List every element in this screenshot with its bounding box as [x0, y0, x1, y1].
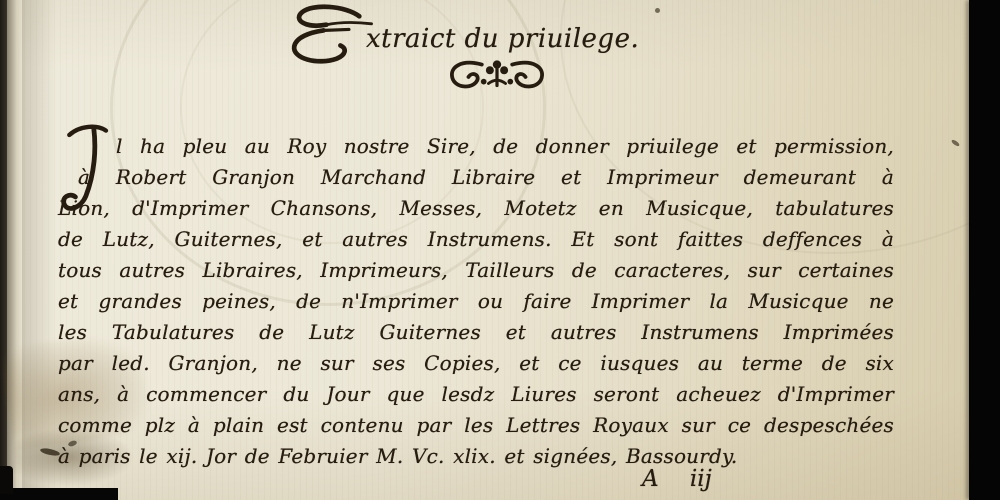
text-line: de Lutz, Guiternes, et autres Instrumens…	[58, 224, 894, 255]
quire-signature-mark: A iij	[642, 466, 712, 492]
bottom-left-scan-mark	[0, 466, 13, 494]
text-line: par led. Granjon, ne sur ses Copies, et …	[58, 348, 894, 379]
paper-speck	[951, 139, 961, 147]
text-line: tous autres Libraires, Imprimeurs, Taill…	[58, 255, 894, 286]
drop-cap-i: I	[56, 121, 114, 217]
text-line: Lion, d'Imprimer Chansons, Messes, Motet…	[58, 193, 894, 224]
right-scan-edge	[969, 0, 1000, 500]
bottom-scan-edge	[0, 488, 118, 500]
text-line: l ha pleu au Roy nostre Sire, de donner …	[58, 131, 894, 162]
text-line: comme plz à plain est contenu par les Le…	[58, 410, 894, 441]
paper-speck	[655, 8, 660, 13]
page-title: xtraict du priuilege.	[366, 24, 639, 54]
text-line: ans, à commencer du Jour que lesdz Liure…	[58, 379, 894, 410]
body-text: I l ha pleu au Roy nostre Sire, de donne…	[58, 131, 894, 472]
text-line: à Robert Granjon Marchand Libraire et Im…	[58, 162, 894, 193]
text-line: les Tabulatures de Lutz Guiternes et aut…	[58, 317, 894, 348]
text-line: à paris le xij. Jor de Februier M. Vc. x…	[58, 441, 894, 472]
swash-i-glyph	[56, 121, 114, 217]
fleuron-ornament-icon	[441, 56, 553, 94]
page-scan: E xtraict du priuilege. I	[0, 0, 1000, 500]
text-line: et grandes peines, de n'Imprimer ou fair…	[58, 286, 894, 317]
